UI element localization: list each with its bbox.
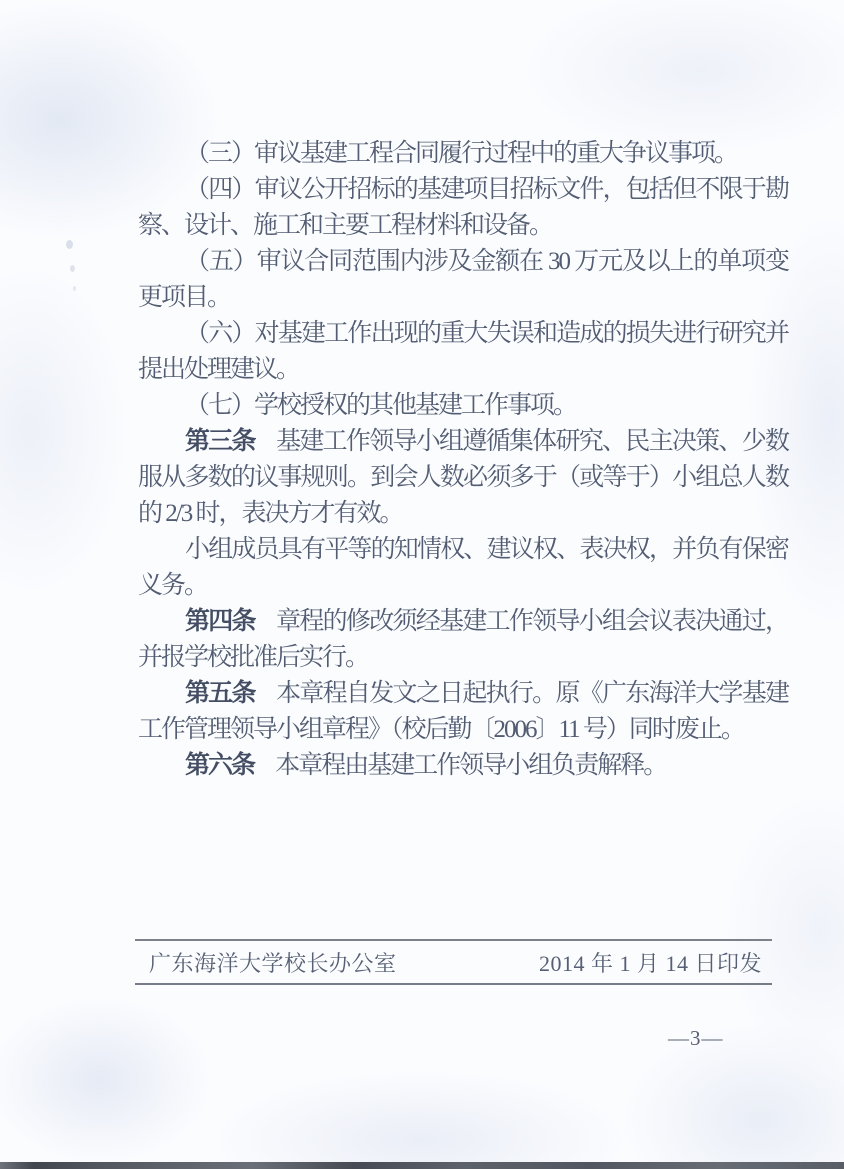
body-paragraph: （七）学校授权的其他基建工作事项。 xyxy=(138,388,788,424)
colophon: 广东海洋大学校长办公室 2014 年 1 月 14 日印发 xyxy=(135,939,772,985)
scanned-document-page: （三）审议基建工程合同履行过程中的重大争议事项。 （四）审议公开招标的基建项目招… xyxy=(0,0,844,1169)
colophon-print-date: 2014 年 1 月 14 日印发 xyxy=(539,947,762,978)
article-number: 第五条 xyxy=(185,680,255,707)
body-paragraph: （三）审议基建工程合同履行过程中的重大争议事项。 xyxy=(138,136,788,172)
body-paragraph: （五）审议合同范围内涉及金额在 30 万元及以上的单项变更项目。 xyxy=(138,244,788,316)
page-number: —3— xyxy=(668,1026,724,1051)
article-number: 第六条 xyxy=(185,752,254,779)
paragraph-text: （七）学校授权的其他基建工作事项。 xyxy=(185,392,576,419)
colophon-issuer: 广东海洋大学校长办公室 xyxy=(149,947,397,978)
body-paragraph-article-5: 第五条本章程自发文之日起执行。原《广东海洋大学基建工作管理领导小组章程》（校后勤… xyxy=(138,676,788,748)
paragraph-text: （五）审议合同范围内涉及金额在 30 万元及以上的单项变更项目。 xyxy=(138,248,788,311)
body-paragraph-article-4: 第四条章程的修改须经基建工作领导小组会议表决通过，并报学校批准后实行。 xyxy=(138,604,788,676)
article-number: 第三条 xyxy=(185,428,255,455)
paragraph-text: （四）审议公开招标的基建项目招标文件，包括但不限于勘察、设计、施工和主要工程材料… xyxy=(138,176,788,239)
paragraph-text: 小组成员具有平等的知情权、建议权、表决权，并负有保密义务。 xyxy=(138,536,788,599)
body-paragraph-article-6: 第六条本章程由基建工作领导小组负责解释。 xyxy=(138,748,788,784)
paragraph-text: （六）对基建工作出现的重大失误和造成的损失进行研究并提出处理建议。 xyxy=(138,320,788,383)
article-number: 第四条 xyxy=(185,608,255,635)
body-paragraph-article-3: 第三条基建工作领导小组遵循集体研究、民主决策、少数服从多数的议事规则。到会人数必… xyxy=(138,424,788,532)
body-paragraph: （四）审议公开招标的基建项目招标文件，包括但不限于勘察、设计、施工和主要工程材料… xyxy=(138,172,788,244)
body-paragraph: 小组成员具有平等的知情权、建议权、表决权，并负有保密义务。 xyxy=(138,532,788,604)
scanner-edge-artifact xyxy=(0,1162,844,1169)
paragraph-text: （三）审议基建工程合同履行过程中的重大争议事项。 xyxy=(185,140,737,167)
body-paragraph: （六）对基建工作出现的重大失误和造成的损失进行研究并提出处理建议。 xyxy=(138,316,788,388)
document-body: （三）审议基建工程合同履行过程中的重大争议事项。 （四）审议公开招标的基建项目招… xyxy=(138,136,788,784)
scan-speck-artifact xyxy=(66,240,73,249)
paragraph-text: 本章程由基建工作领导小组负责解释。 xyxy=(275,752,666,779)
